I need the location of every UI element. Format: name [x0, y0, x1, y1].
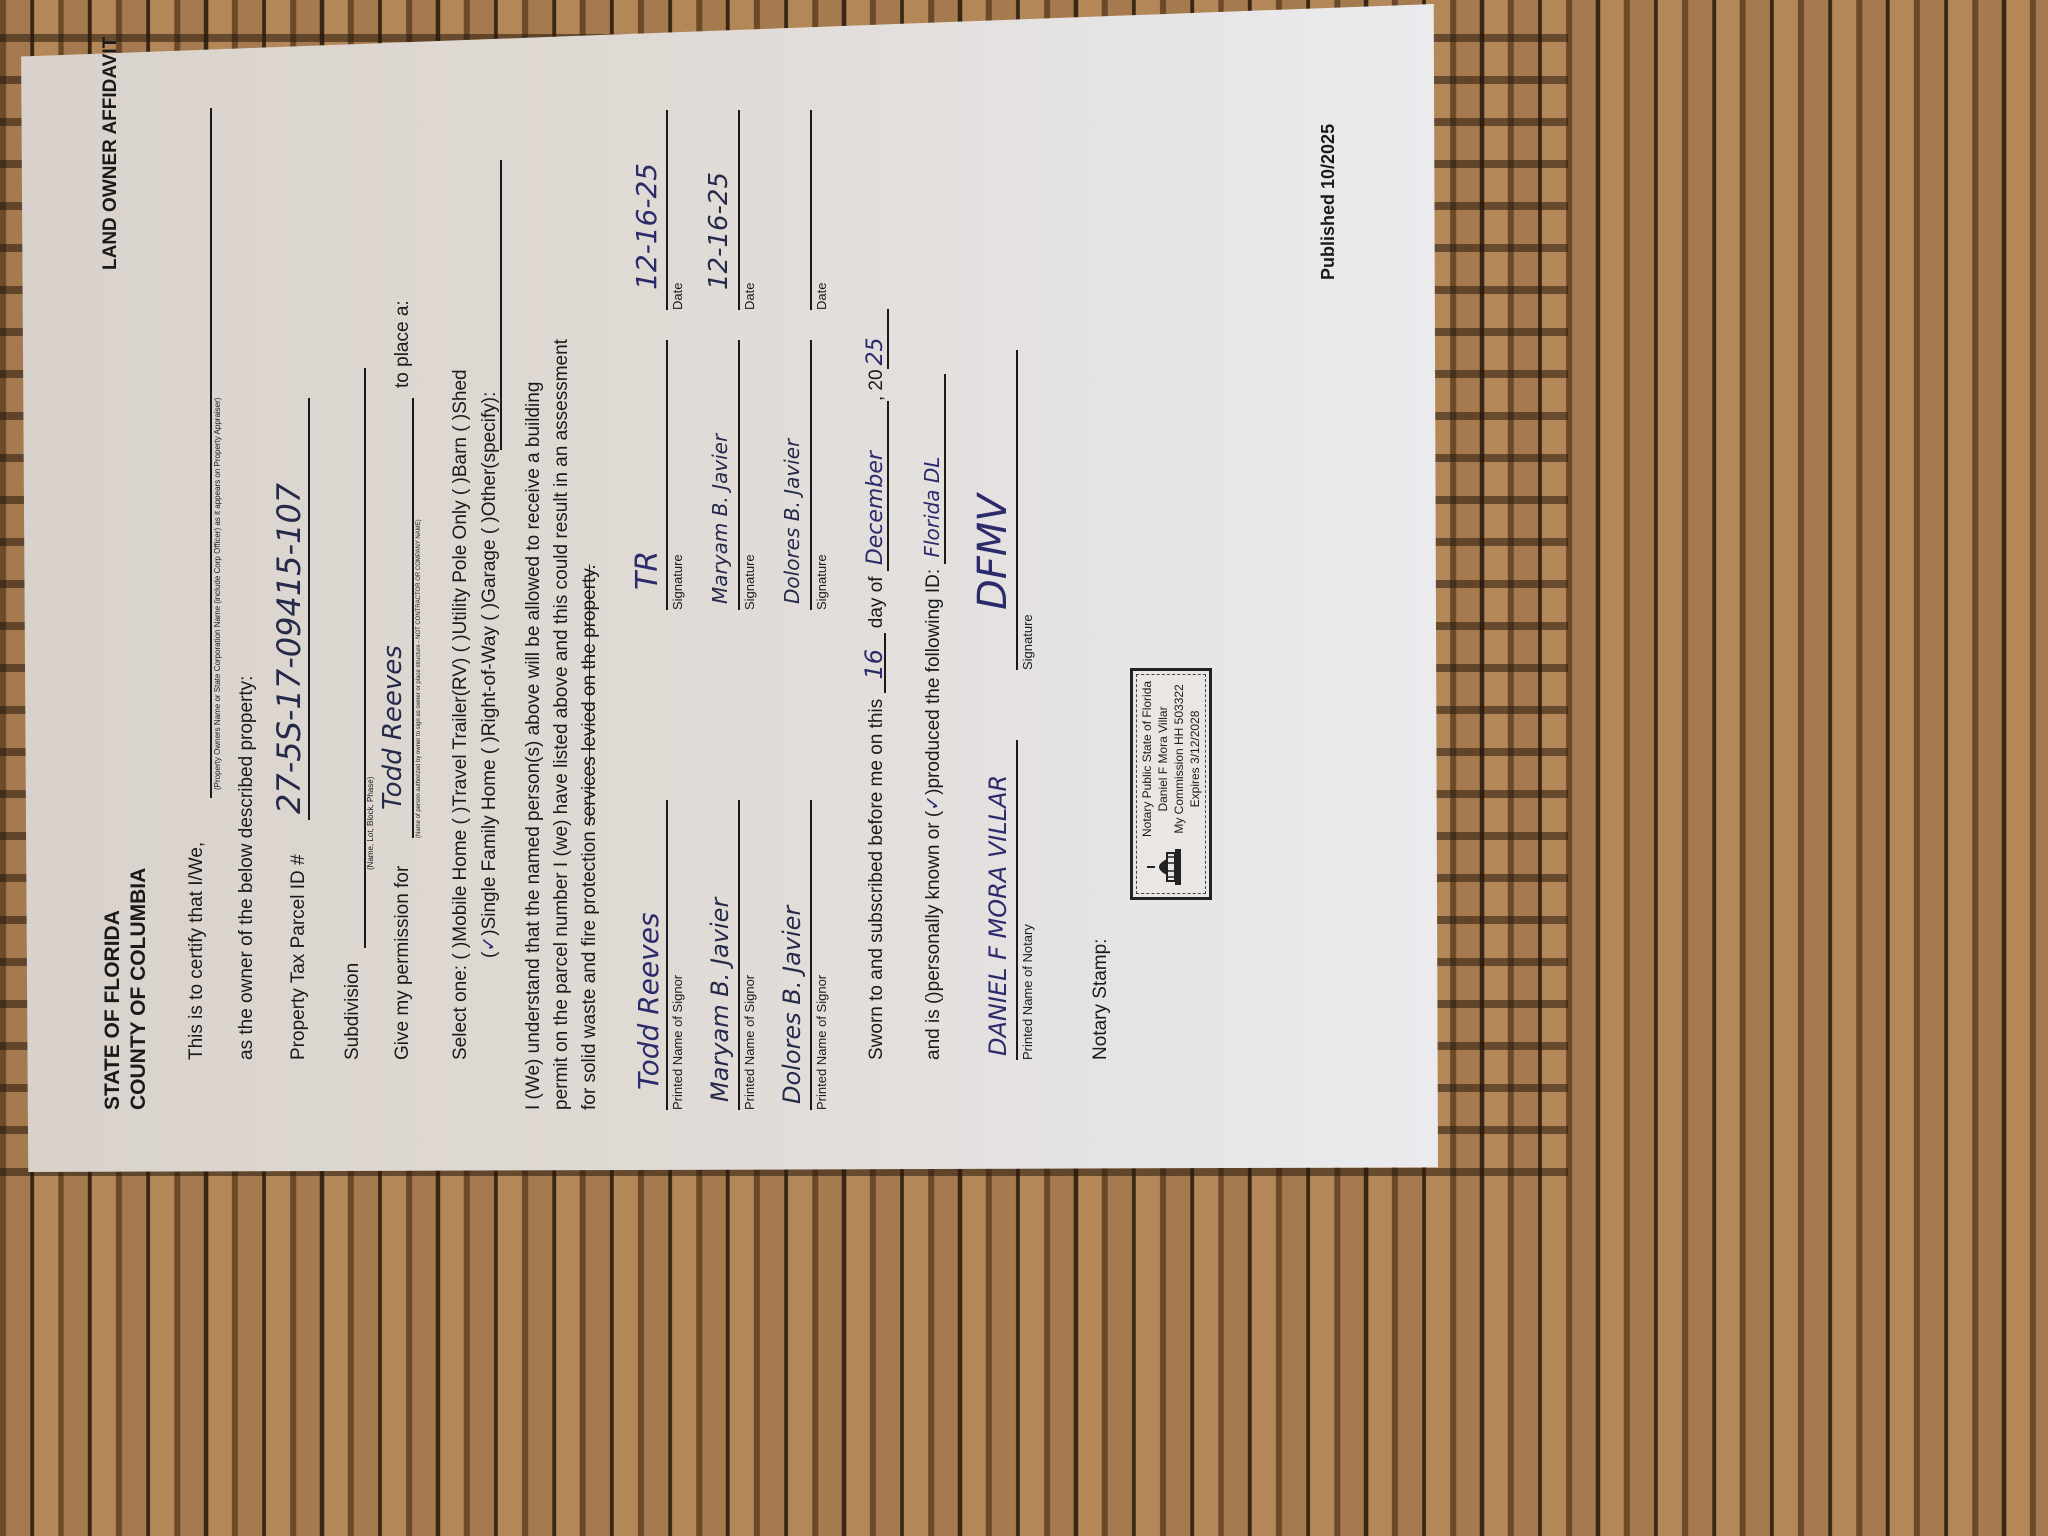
understanding-paragraph: I (We) understand that the named person(… [520, 339, 604, 1110]
notary-printed-name-label: Printed Name of Notary [1020, 924, 1035, 1060]
option-single-family-home-check-icon: ✓ [478, 936, 500, 952]
notary-stamp-label: Notary Stamp: [1090, 939, 1112, 1060]
state-heading: STATE OF FLORIDA [100, 868, 126, 1110]
signature-field-1[interactable]: TR [630, 340, 668, 610]
parcel-label: Property Tax Parcel ID # [288, 854, 310, 1060]
signer-row-2: Maryam B. Javier Printed Name of Signor … [692, 110, 764, 1110]
option-garage[interactable]: ( )Garage [479, 539, 500, 620]
option-shed[interactable]: ( )Shed [450, 369, 471, 431]
land-owner-affidavit-document: STATE OF FLORIDA COUNTY OF COLUMBIA LAND… [100, 60, 1400, 1110]
authorized-person-value: Todd Reeves [378, 645, 408, 810]
id-type-field[interactable]: Florida DL [920, 374, 946, 564]
option-travel-trailer[interactable]: ( )Travel Trailer(RV) [450, 658, 471, 825]
owner-line: as the owner of the below described prop… [236, 676, 258, 1060]
notary-stamp: Notary Public State of Florida Daniel F … [1130, 668, 1212, 900]
sworn-line: Sworn to and subscribed before me on thi… [860, 309, 889, 1060]
sworn-day-field[interactable]: 16 [860, 634, 886, 694]
date-field-2[interactable]: 12-16-25 [702, 110, 740, 310]
date-field-3[interactable] [774, 110, 812, 310]
date-field-1[interactable]: 12-16-25 [630, 110, 668, 310]
capitol-building-icon [1145, 847, 1185, 887]
printed-name-label-1: Printed Name of Signor [670, 975, 685, 1110]
notary-signature-label: Signature [1020, 614, 1035, 670]
certify-caption: (Property Owners Name or State Corporati… [213, 398, 222, 790]
date-label-3: Date [814, 283, 829, 310]
produced-id-check-icon[interactable]: ✓ [922, 795, 944, 811]
signature-label-2: Signature [742, 554, 757, 610]
option-barn[interactable]: ( )Barn [450, 437, 471, 495]
signature-field-3[interactable]: Dolores B. Javier [774, 340, 812, 610]
other-specify-field[interactable] [480, 160, 502, 450]
option-mobile-home[interactable]: ( )Mobile Home [450, 830, 471, 960]
select-one-row-2: (✓)Single Family Home ( )Right-of-Way ( … [478, 392, 501, 958]
affidavit-title: LAND OWNER AFFIDAVIT [100, 37, 122, 270]
option-utility-pole[interactable]: ( )Utility Pole Only [450, 500, 471, 652]
permission-caption: (Name of person authorized by owner to s… [416, 519, 422, 838]
date-label-1: Date [670, 283, 685, 310]
sworn-month-field[interactable]: December [863, 401, 889, 571]
permission-suffix: to place a: [392, 300, 414, 388]
select-one-row-1: Select one: ( )Mobile Home ( )Travel Tra… [450, 369, 472, 1060]
notary-printed-name-field[interactable]: DANIEL F MORA VILLAR [980, 740, 1018, 1060]
printed-name-field-3[interactable]: Dolores B. Javier [774, 800, 812, 1110]
signature-label-3: Signature [814, 554, 829, 610]
signer-row-3: Dolores B. Javier Printed Name of Signor… [764, 110, 836, 1110]
signer-row-1: Todd Reeves Printed Name of Signor TR Si… [620, 110, 692, 1110]
owner-name-field[interactable] [190, 108, 212, 798]
signature-label-1: Signature [670, 554, 685, 610]
sworn-year-field[interactable]: 25 [863, 309, 889, 369]
header-jurisdiction: STATE OF FLORIDA COUNTY OF COLUMBIA [100, 868, 152, 1110]
printed-name-label-3: Printed Name of Signor [814, 975, 829, 1110]
printed-name-label-2: Printed Name of Signor [742, 975, 757, 1110]
published-footer: Published 10/2025 [1318, 124, 1339, 280]
subdivision-field[interactable] [344, 368, 366, 948]
parcel-id-field[interactable]: 27-5S-17-09415-107 [274, 398, 310, 820]
authorized-person-field[interactable]: Todd Reeves [378, 398, 414, 838]
notary-signature-field[interactable]: DFMV [980, 350, 1018, 670]
option-right-of-way[interactable]: ( )Right-of-Way [479, 626, 500, 754]
identification-line: and is ()personally known or (✓)produced… [920, 374, 946, 1060]
parcel-id-value: 27-5S-17-09415-107 [270, 483, 308, 814]
certify-label: This is to certify that I/We, [186, 842, 208, 1060]
signature-field-2[interactable]: Maryam B. Javier [702, 340, 740, 610]
printed-name-field-2[interactable]: Maryam B. Javier [702, 800, 740, 1110]
subdivision-label: Subdivision [342, 963, 364, 1060]
subdivision-caption: (Name, Lot, Block, Phase) [366, 777, 375, 870]
permission-label: Give my permission for [392, 866, 414, 1060]
county-heading: COUNTY OF COLUMBIA [126, 868, 152, 1110]
date-label-2: Date [742, 283, 757, 310]
printed-name-field-1[interactable]: Todd Reeves [630, 800, 668, 1110]
option-single-family-home[interactable]: (✓)Single Family Home [479, 759, 500, 958]
select-one-label: Select one: [450, 965, 471, 1060]
